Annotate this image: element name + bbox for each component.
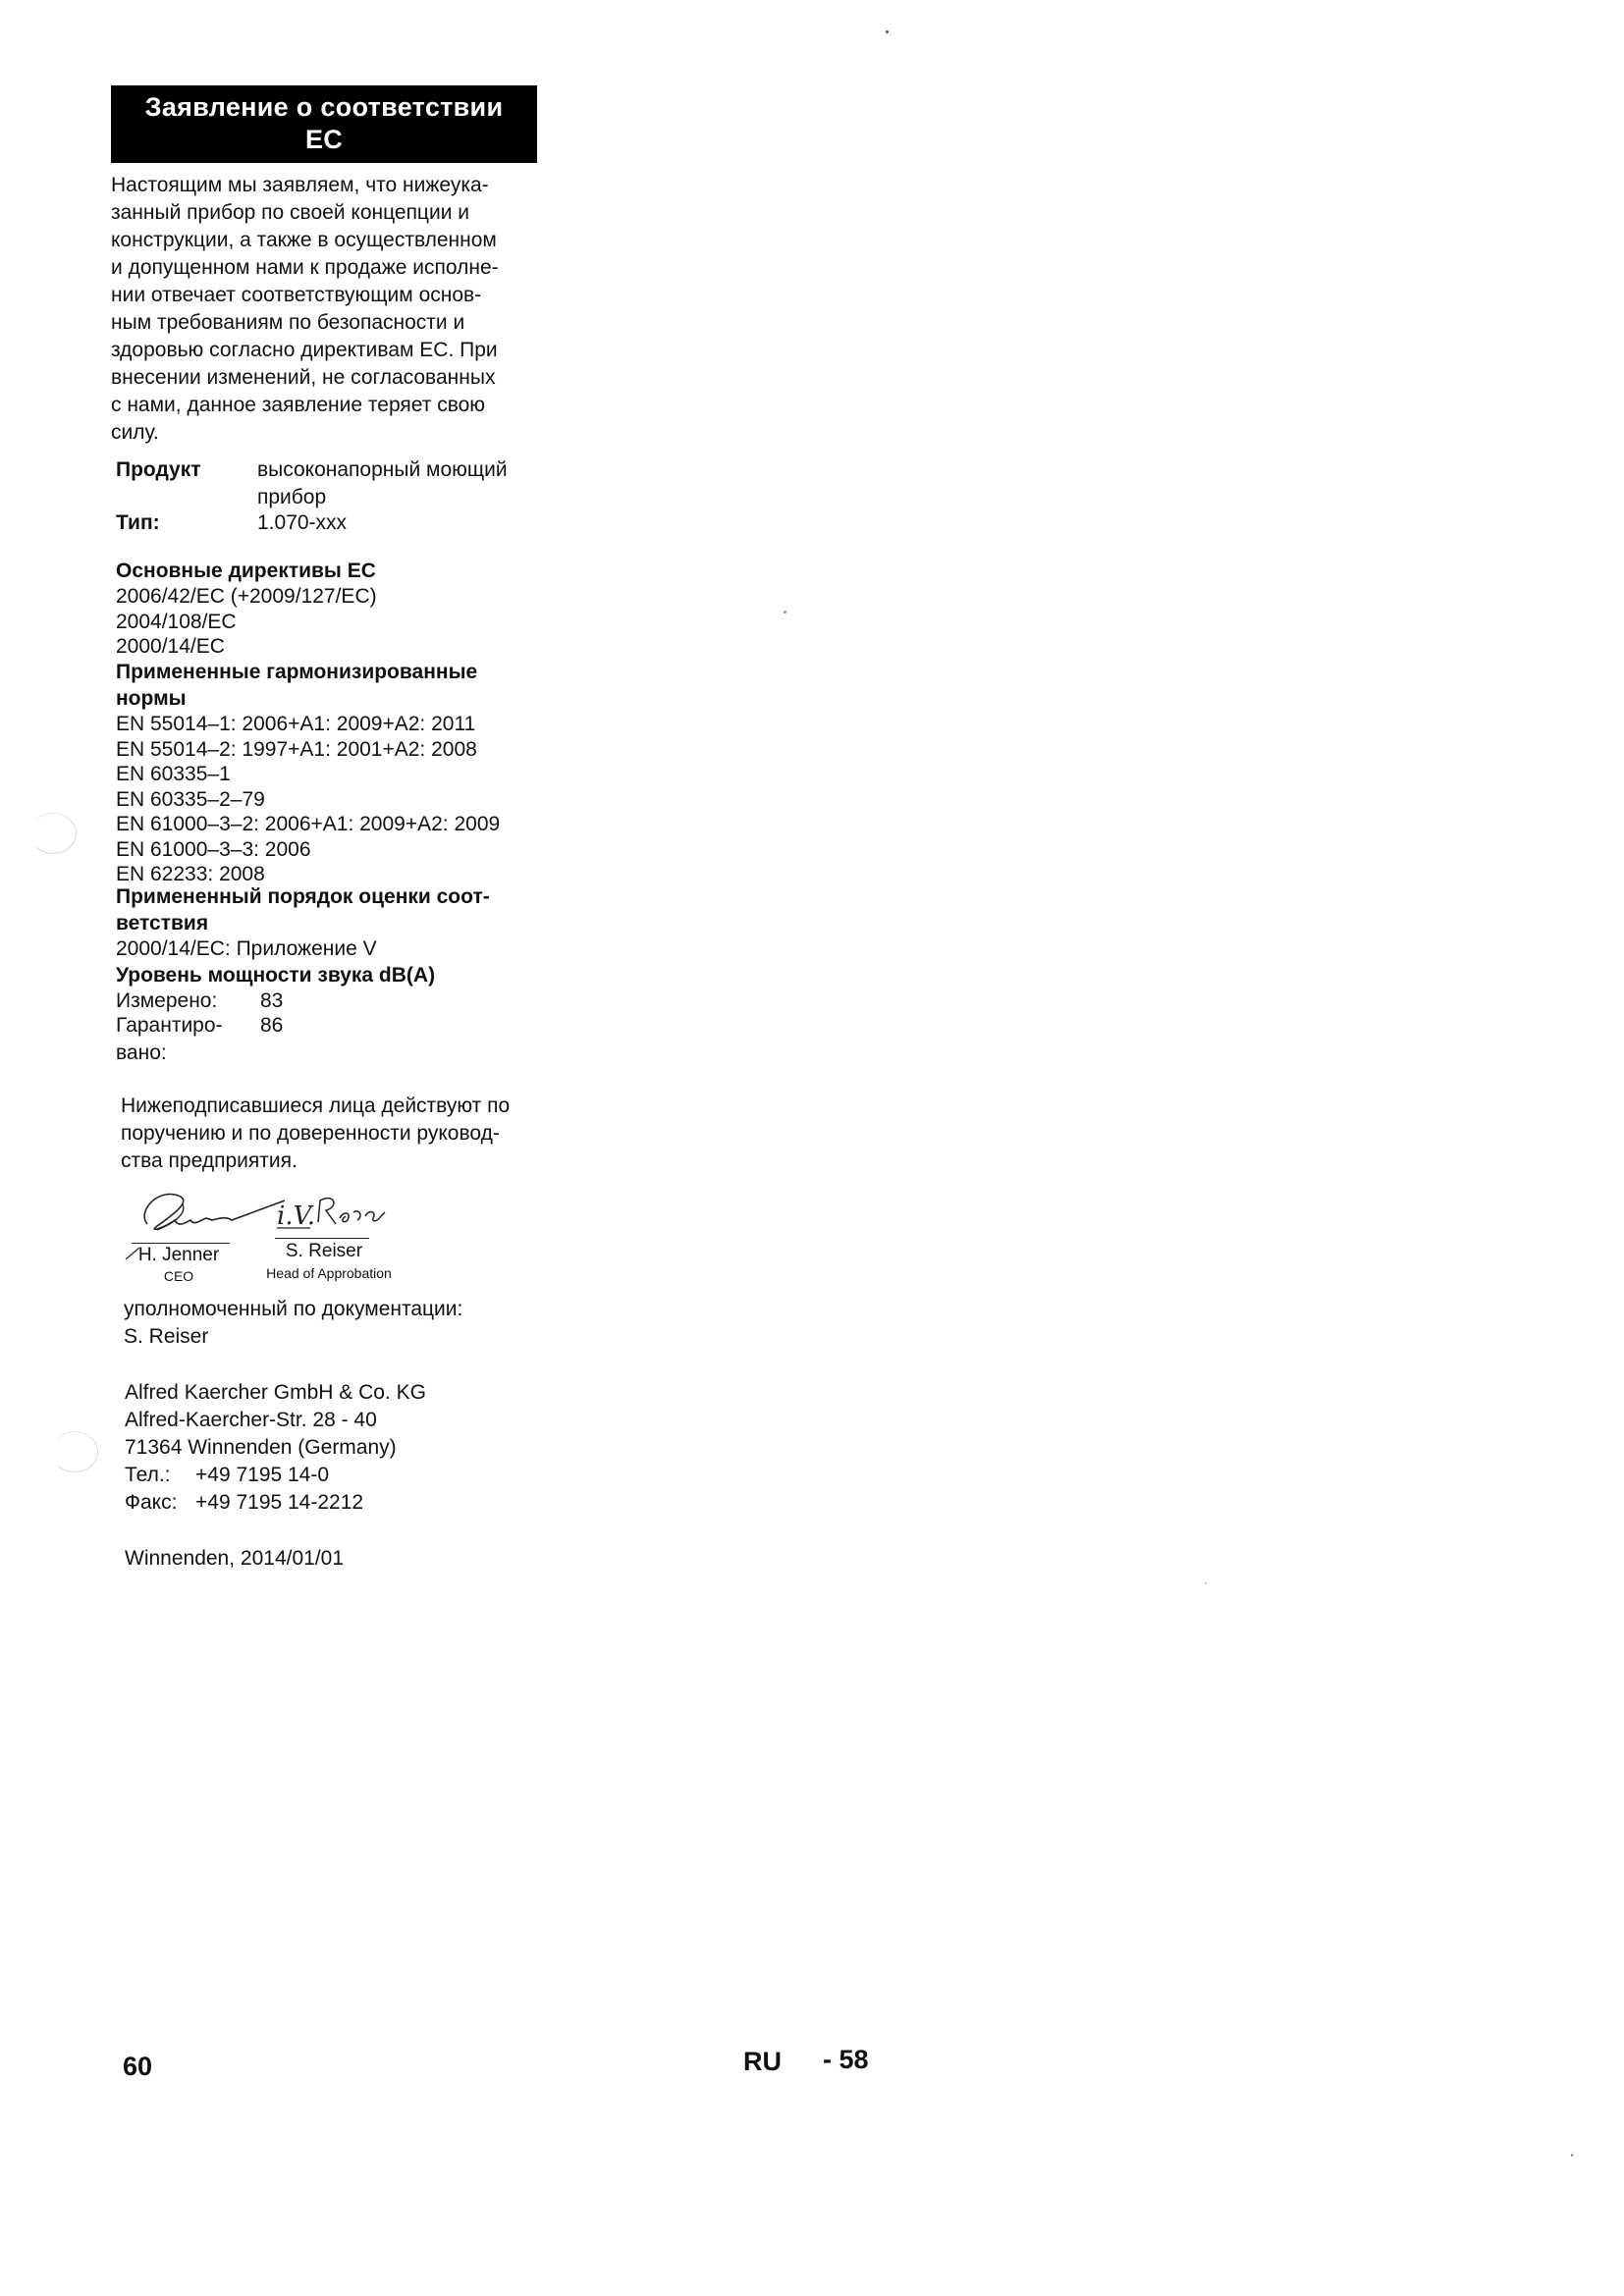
page-number-left: 60	[123, 2052, 152, 2082]
intro-line: с нами, данное заявление теряет свою	[111, 392, 543, 419]
product-value: высоконапорный моющий прибор	[257, 456, 552, 511]
signature-line-reiser	[275, 1238, 369, 1239]
norms-heading: Примененные гармонизированные нормы	[116, 659, 548, 712]
directive-item: 2004/108/EC	[116, 610, 548, 635]
signature-block: i.V. H. Jenner CEO S. Reiser Head of App…	[118, 1183, 432, 1291]
sound-guaranteed-value: 86	[260, 1013, 283, 1039]
intro-line: и допущенном нами к продаже исполне-	[111, 254, 543, 282]
phone-value: +49 7195 14-0	[195, 1462, 329, 1489]
intro-line: здоровью согласно директивам ЕС. При	[111, 337, 543, 364]
scan-speck	[886, 30, 889, 33]
intro-line: Настоящим мы заявляем, что нижеука-	[111, 172, 543, 199]
punch-hole-mark	[51, 1431, 98, 1472]
address-block: Alfred Kaercher GmbH & Co. KG Alfred-Kae…	[125, 1379, 557, 1517]
signature-line-jenner	[132, 1243, 230, 1244]
signatory-name-2: S. Reiser	[255, 1241, 393, 1262]
assessment-heading: Примененный порядок оценки соот- ветстви…	[116, 883, 548, 936]
sound-section: Уровень мощности звука dB(A) Измерено: 8…	[116, 962, 548, 1070]
language-code: RU	[743, 2047, 782, 2077]
intro-line: силу.	[111, 419, 543, 447]
assessment-value: 2000/14/EC: Приложение V	[116, 936, 548, 962]
sound-heading: Уровень мощности звука dB(A)	[116, 962, 548, 988]
title-line-1: Заявление о соответствии	[111, 91, 537, 124]
norm-item: EN 60335–1	[116, 762, 548, 787]
intro-line: внесении изменений, не согласованных	[111, 364, 543, 392]
sound-measured-value: 83	[260, 988, 283, 1014]
sound-measured-row: Измерено: 83	[116, 988, 548, 1013]
type-value: 1.070-xxx	[257, 509, 552, 537]
signatory-role-1: CEO	[126, 1268, 232, 1284]
norms-section: Примененные гармонизированные нормы EN 5…	[116, 659, 548, 887]
norm-item: EN 55014–2: 1997+A1: 2001+A2: 2008	[116, 737, 548, 763]
signatory-name-1: H. Jenner	[126, 1245, 232, 1266]
svg-text:i.V.: i.V.	[277, 1201, 315, 1231]
authorized-name: S. Reiser	[124, 1323, 556, 1351]
scan-speck	[1571, 2154, 1573, 2157]
norm-item: EN 61000–3–2: 2006+A1: 2009+A2: 2009	[116, 812, 548, 837]
fax-label: Факс:	[125, 1491, 177, 1514]
signatories-statement: Нижеподписавшиеся лица действуют по пору…	[121, 1093, 553, 1175]
page-number-right: - 58	[823, 2045, 869, 2075]
assessment-section: Примененный порядок оценки соот- ветстви…	[116, 883, 548, 962]
place-date: Winnenden, 2014/01/01	[125, 1545, 557, 1573]
punch-hole-mark	[29, 813, 77, 854]
intro-paragraph: Настоящим мы заявляем, что нижеука- занн…	[111, 172, 543, 447]
directive-item: 2006/42/EC (+2009/127/EC)	[116, 584, 548, 610]
intro-line: конструкции, а также в осуществленном	[111, 227, 543, 254]
company-city: 71364 Winnenden (Germany)	[125, 1434, 557, 1462]
page-title: Заявление о соответствии ЕС	[111, 85, 537, 163]
product-label: Продукт	[116, 456, 253, 484]
fax-row: Факс: +49 7195 14-2212	[125, 1489, 557, 1517]
scan-speck	[784, 611, 786, 614]
norm-item: EN 60335–2–79	[116, 787, 548, 813]
scan-speck	[1205, 1582, 1207, 1584]
intro-line: занный прибор по своей концепции и	[111, 199, 543, 227]
intro-line: ным требованиям по безопасности и	[111, 309, 543, 337]
norm-item: EN 55014–1: 2006+A1: 2009+A2: 2011	[116, 712, 548, 737]
signature-reiser-icon: i.V.	[275, 1183, 422, 1242]
directives-heading: Основные директивы ЕС	[116, 558, 548, 584]
sound-guaranteed-label: Гарантиро- вано:	[116, 1013, 223, 1065]
sound-guaranteed-row: Гарантиро- вано: 86	[116, 1013, 548, 1064]
title-line-2: ЕС	[111, 124, 537, 156]
directives-section: Основные директивы ЕС 2006/42/EC (+2009/…	[116, 558, 548, 660]
company-name: Alfred Kaercher GmbH & Co. KG	[125, 1379, 557, 1407]
sound-measured-label: Измерено:	[116, 988, 217, 1014]
phone-row: Тел.: +49 7195 14-0	[125, 1462, 557, 1489]
type-label: Тип:	[116, 509, 253, 537]
authorized-label: уполномоченный по документации:	[124, 1296, 556, 1323]
fax-value: +49 7195 14-2212	[195, 1489, 363, 1517]
signatory-role-2: Head of Approbation	[245, 1265, 412, 1281]
norm-item: EN 61000–3–3: 2006	[116, 837, 548, 863]
intro-line: нии отвечает соответствующим основ-	[111, 282, 543, 309]
company-street: Alfred-Kaercher-Str. 28 - 40	[125, 1407, 557, 1434]
authorized-block: уполномоченный по документации: S. Reise…	[124, 1296, 556, 1351]
phone-label: Тел.:	[125, 1464, 171, 1486]
directive-item: 2000/14/EC	[116, 634, 548, 660]
